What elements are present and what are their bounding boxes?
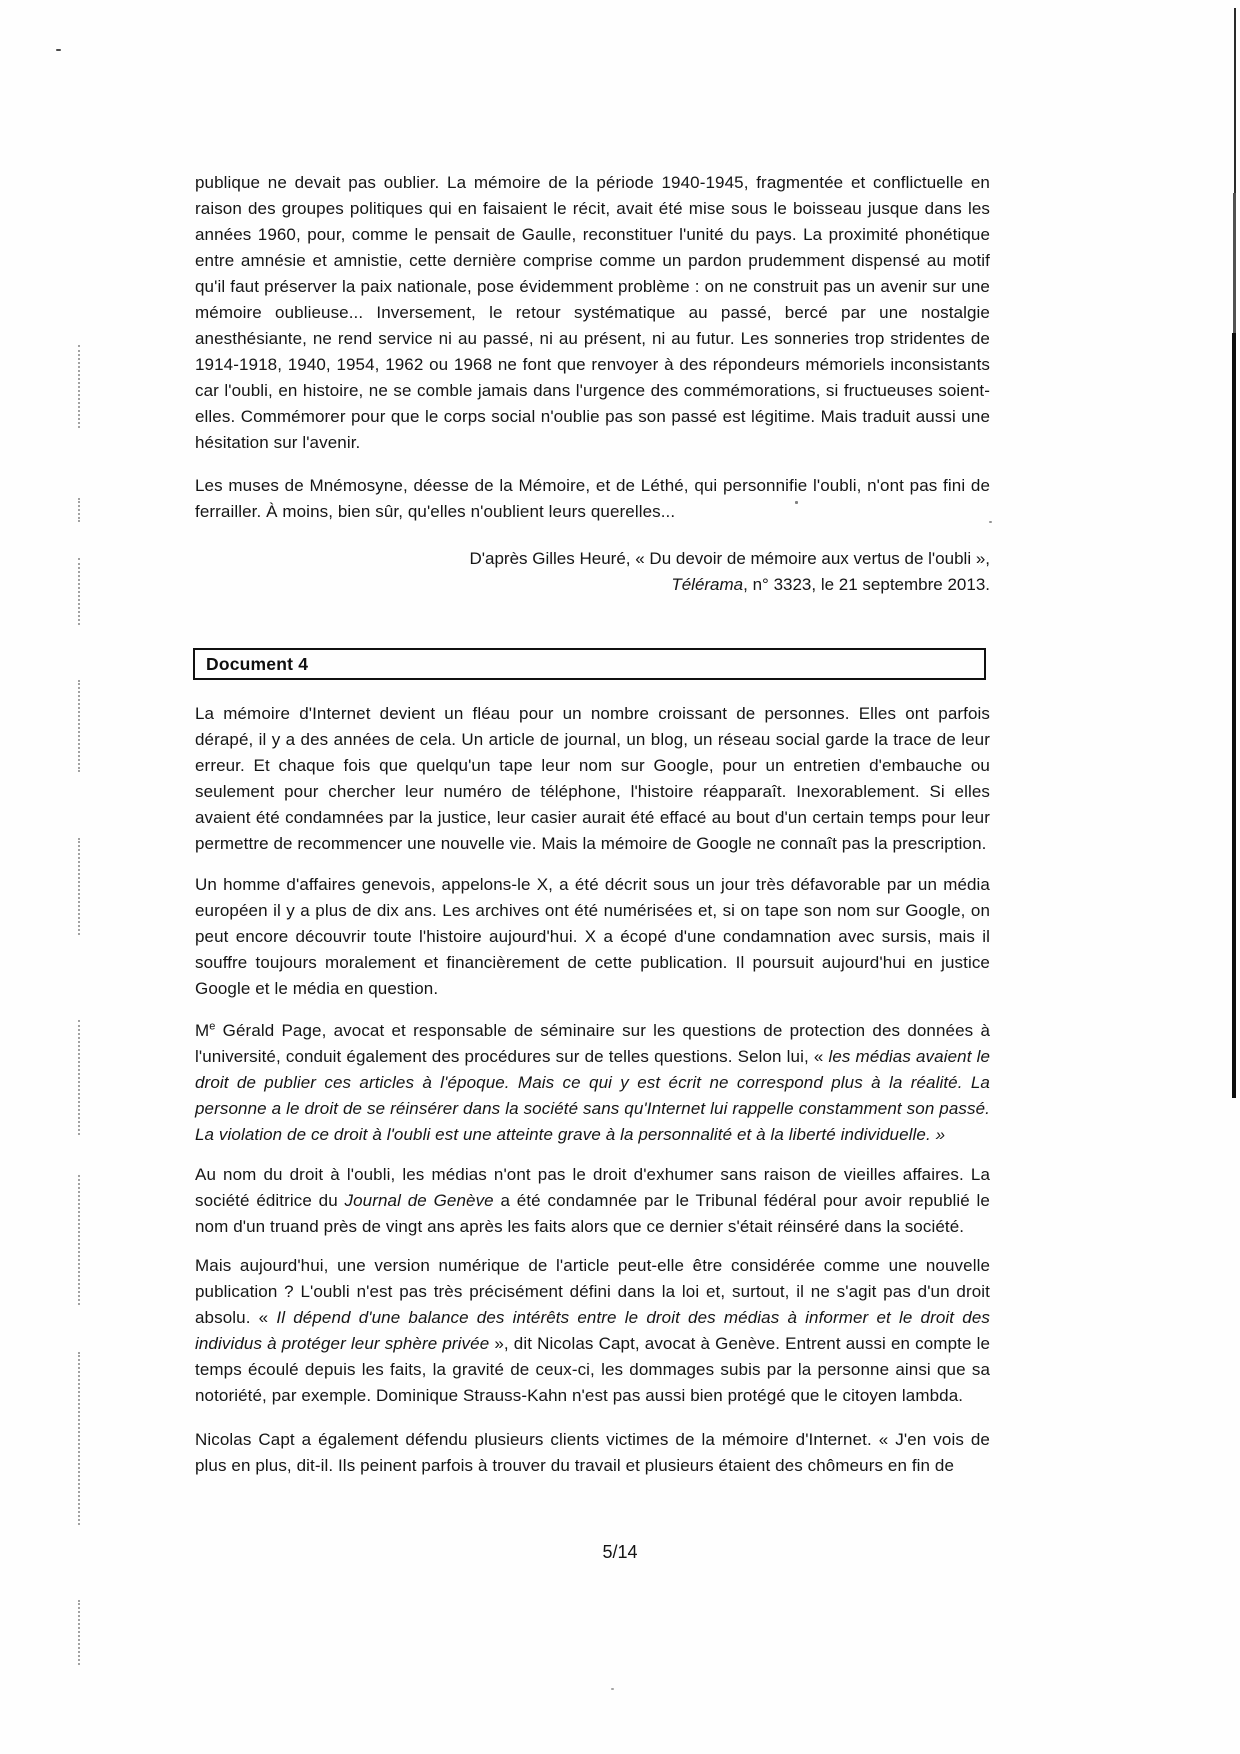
scanned-document-page: publique ne devait pas oublier. La mémoi… xyxy=(0,0,1240,1754)
document4-header-box: Document 4 xyxy=(193,648,986,680)
paragraph-homme-affaires: Un homme d'affaires genevois, appelons-l… xyxy=(195,872,990,1002)
scan-margin-dots xyxy=(78,558,80,625)
paragraph-version-numerique: Mais aujourd'hui, une version numérique … xyxy=(195,1253,990,1409)
paragraph-gerald-page: Me Gérald Page, avocat et responsable de… xyxy=(195,1018,990,1148)
scan-edge-line xyxy=(1232,333,1236,1098)
scan-margin-dots xyxy=(78,1352,80,1525)
paragraph-nicolas-capt: Nicolas Capt a également défendu plusieu… xyxy=(195,1427,990,1479)
scan-margin-dots xyxy=(78,1020,80,1135)
scan-speck xyxy=(611,1688,614,1690)
scan-margin-dots xyxy=(78,345,80,428)
scan-margin-dots xyxy=(78,498,80,522)
document4-title: Document 4 xyxy=(195,654,308,675)
paragraph-droit-oubli: Au nom du droit à l'oubli, les médias n'… xyxy=(195,1162,990,1240)
paragraph-muses: Les muses de Mnémosyne, déesse de la Mém… xyxy=(195,473,990,525)
scan-edge-line xyxy=(1234,8,1236,193)
paragraph-memoire-periode: publique ne devait pas oublier. La mémoi… xyxy=(195,170,990,456)
source-attribution: D'après Gilles Heuré, « Du devoir de mém… xyxy=(195,546,990,598)
attribution-line: Télérama, n° 3323, le 21 septembre 2013. xyxy=(195,572,990,598)
page-number: 5/14 xyxy=(195,1542,1045,1563)
scan-speck xyxy=(56,49,61,51)
paragraph-memoire-internet: La mémoire d'Internet devient un fléau p… xyxy=(195,701,990,857)
scan-margin-dots xyxy=(78,1600,80,1665)
scan-edge-line xyxy=(1233,193,1236,333)
attribution-line: D'après Gilles Heuré, « Du devoir de mém… xyxy=(195,546,990,572)
scan-margin-dots xyxy=(78,1175,80,1305)
scan-margin-dots xyxy=(78,838,80,935)
scan-margin-dots xyxy=(78,680,80,772)
